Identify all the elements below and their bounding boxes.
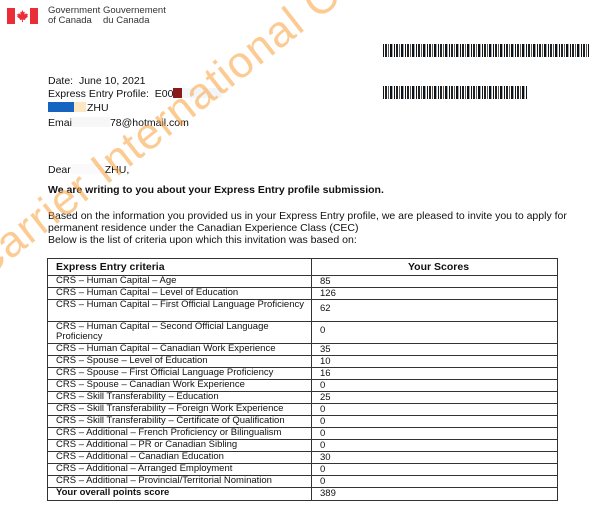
criteria-cell: CRS – Skill Transferability – Certificat… (48, 416, 312, 428)
intro-heading: We are writing to you about your Express… (48, 184, 588, 196)
table-row: CRS – Human Capital – Level of Education… (48, 288, 558, 300)
score-cell: 0 (312, 440, 558, 452)
date-label: Date: (48, 75, 73, 87)
table-row: CRS – Skill Transferability – Certificat… (48, 416, 558, 428)
header-scores: Your Scores (312, 259, 558, 276)
total-row: Your overall points score389 (48, 488, 558, 501)
table-row: CRS – Human Capital – Second Official La… (48, 322, 558, 344)
profile-value: E00 (155, 88, 174, 100)
criteria-cell: CRS – Skill Transferability – Education (48, 392, 312, 404)
criteria-cell: CRS – Additional – Provincial/Territoria… (48, 476, 312, 488)
gov-fr-line2: du Canada (103, 16, 166, 26)
score-cell: 0 (312, 476, 558, 488)
name-suffix: ZHU (87, 102, 109, 114)
redaction (173, 88, 182, 98)
score-cell: 126 (312, 288, 558, 300)
barcode-2 (383, 86, 528, 99)
table-row: CRS – Spouse – Canadian Work Experience0 (48, 380, 558, 392)
criteria-score-table: Express Entry criteria Your Scores CRS –… (47, 258, 558, 501)
score-cell: 35 (312, 344, 558, 356)
redaction (72, 117, 110, 127)
criteria-cell: CRS – Spouse – Canadian Work Experience (48, 380, 312, 392)
name-line: ZHU (48, 102, 109, 115)
criteria-cell: CRS – Additional – Canadian Education (48, 452, 312, 464)
criteria-cell: CRS – Additional – PR or Canadian Siblin… (48, 440, 312, 452)
criteria-cell: CRS – Human Capital – Age (48, 276, 312, 288)
score-cell: 0 (312, 322, 558, 344)
gov-en-line2: of Canada (48, 16, 100, 26)
table-header-row: Express Entry criteria Your Scores (48, 259, 558, 276)
score-cell: 16 (312, 368, 558, 380)
score-cell: 0 (312, 404, 558, 416)
score-cell: 0 (312, 464, 558, 476)
email-line: Emai78@hotmail.com (48, 117, 189, 130)
salutation: DearZHU, (48, 164, 588, 176)
redaction (48, 102, 74, 112)
header-criteria: Express Entry criteria (48, 259, 312, 276)
body-paragraph: Based on the information you provided us… (48, 210, 588, 246)
body-line-1: Based on the information you provided us… (48, 210, 588, 222)
table-row: CRS – Skill Transferability – Foreign Wo… (48, 404, 558, 416)
date-line: Date: June 10, 2021 (48, 75, 146, 88)
profile-line: Express Entry Profile: E00 (48, 88, 222, 101)
email-value: 78@hotmail.com (110, 117, 189, 129)
score-cell: 85 (312, 276, 558, 288)
salutation-suffix: ZHU, (105, 164, 130, 176)
profile-label: Express Entry Profile: (48, 88, 149, 100)
body-line-3: Below is the list of criteria upon which… (48, 234, 588, 246)
email-label: Emai (48, 117, 72, 129)
table-row: CRS – Additional – PR or Canadian Siblin… (48, 440, 558, 452)
canada-flag-icon (7, 8, 38, 24)
salutation-prefix: Dear (48, 164, 71, 176)
score-cell: 0 (312, 416, 558, 428)
score-cell: 10 (312, 356, 558, 368)
score-cell: 25 (312, 392, 558, 404)
criteria-cell: CRS – Spouse – Level of Education (48, 356, 312, 368)
body-line-2: permanent residence under the Canadian E… (48, 222, 588, 234)
table-row: CRS – Human Capital – Canadian Work Expe… (48, 344, 558, 356)
table-row: CRS – Additional – Canadian Education30 (48, 452, 558, 464)
table-row: CRS – Additional – French Proficiency or… (48, 428, 558, 440)
criteria-cell: CRS – Spouse – First Official Language P… (48, 368, 312, 380)
table-row: CRS – Additional – Provincial/Territoria… (48, 476, 558, 488)
redaction (74, 102, 86, 112)
table-row: CRS – Spouse – Level of Education10 (48, 356, 558, 368)
total-value: 389 (312, 488, 558, 501)
criteria-cell: CRS – Additional – Arranged Employment (48, 464, 312, 476)
criteria-cell: CRS – Human Capital – Second Official La… (48, 322, 312, 344)
score-cell: 30 (312, 452, 558, 464)
criteria-cell: CRS – Human Capital – Canadian Work Expe… (48, 344, 312, 356)
criteria-cell: CRS – Additional – French Proficiency or… (48, 428, 312, 440)
score-cell: 0 (312, 380, 558, 392)
table-row: CRS – Human Capital – First Official Lan… (48, 300, 558, 322)
barcode-1 (383, 44, 589, 57)
government-of-canada-label: Government of Canada (48, 6, 100, 26)
table-row: CRS – Skill Transferability – Education2… (48, 392, 558, 404)
redaction (182, 88, 222, 98)
criteria-cell: CRS – Human Capital – First Official Lan… (48, 300, 312, 322)
date-value: June 10, 2021 (79, 75, 146, 87)
score-cell: 62 (312, 300, 558, 322)
table-row: CRS – Spouse – First Official Language P… (48, 368, 558, 380)
criteria-cell: CRS – Human Capital – Level of Education (48, 288, 312, 300)
table-row: CRS – Additional – Arranged Employment0 (48, 464, 558, 476)
table-row: CRS – Human Capital – Age85 (48, 276, 558, 288)
gouvernement-du-canada-label: Gouvernement du Canada (103, 6, 166, 26)
criteria-cell: CRS – Skill Transferability – Foreign Wo… (48, 404, 312, 416)
total-label: Your overall points score (48, 488, 312, 501)
score-cell: 0 (312, 428, 558, 440)
redaction (71, 164, 105, 174)
